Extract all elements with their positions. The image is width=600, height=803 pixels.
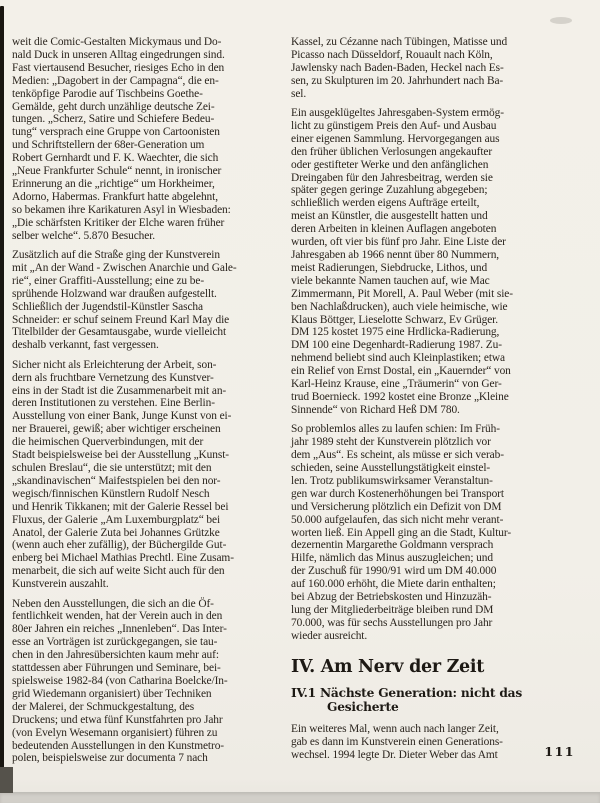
scanned-book-page: weit die Comic-Gestalten Mickymaus und D… <box>0 0 600 803</box>
paragraph-crisis-1989: So problemlos alles zu laufen schien: Im… <box>291 423 563 642</box>
paragraph-graffiti-exhibition: Zusätzlich auf die Straße ging der Kunst… <box>12 249 284 352</box>
scan-edge-left <box>0 6 4 792</box>
paragraph-generation-change: Ein weiteres Mal, wenn auch nach langer … <box>291 723 563 762</box>
subsection-heading-iv1: IV.1 Nächste Generation: nicht das Gesic… <box>291 686 563 715</box>
paragraph-art-trips: Kassel, zu Cézanne nach Tübingen, Matiss… <box>291 36 563 101</box>
paragraph-inner-life: Neben den Ausstellungen, die sich an die… <box>12 598 284 766</box>
left-column: weit die Comic-Gestalten Mickymaus und D… <box>12 36 284 772</box>
section-heading-iv: IV. Am Nerv der Zeit <box>291 656 563 678</box>
paragraph-jahresgaben: Ein ausgeklügeltes Jahresgaben-System er… <box>291 107 563 417</box>
text-columns: weit die Comic-Gestalten Mickymaus und D… <box>12 36 563 772</box>
paragraph-comic-exhibition: weit die Comic-Gestalten Mickymaus und D… <box>12 36 284 243</box>
paragraph-cooperation: Sicher nicht als Erleichterung der Arbei… <box>12 359 284 591</box>
scan-smudge-top-right <box>550 17 572 24</box>
right-column: Kassel, zu Cézanne nach Tübingen, Matiss… <box>291 36 563 772</box>
page-number: 111 <box>544 744 575 759</box>
scan-edge-bottom <box>0 792 600 803</box>
